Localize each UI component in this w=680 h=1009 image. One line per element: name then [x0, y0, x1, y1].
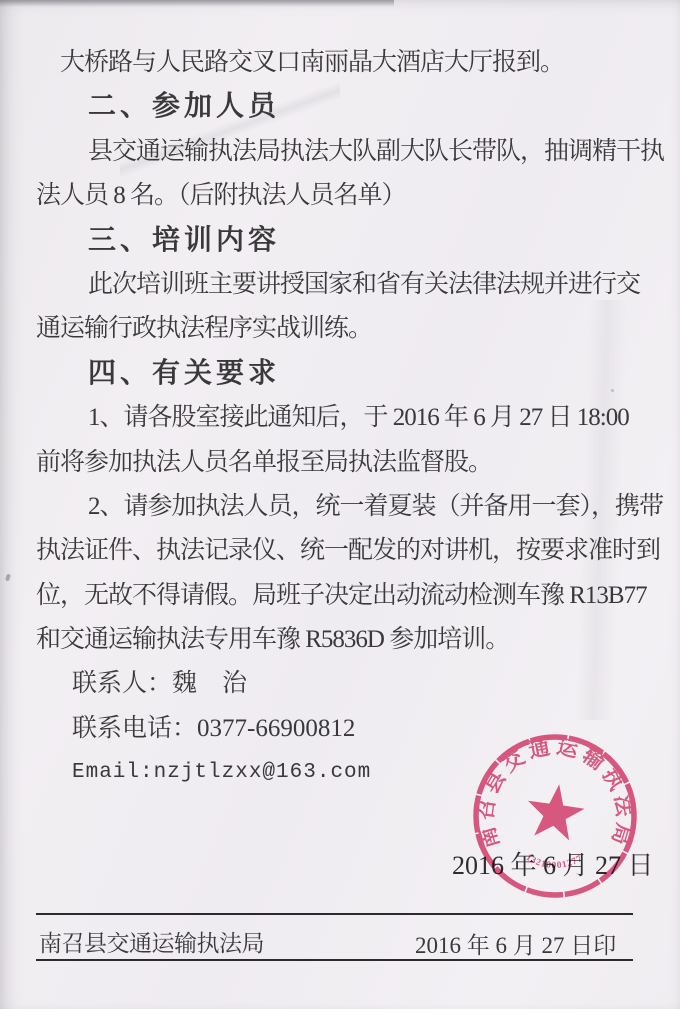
section-heading: 四、有关要求 — [36, 352, 642, 396]
body-line: 前将参加执法人员名单报至局执法监督股。 — [36, 441, 642, 485]
footer-issuer: 南召县交通运输执法局 — [39, 925, 264, 958]
scan-edge-shadow — [0, 0, 394, 7]
seal-star-icon — [528, 784, 585, 840]
contact-person-line: 联系人：魏 治 — [72, 662, 642, 706]
scanned-notice-page: 大桥路与人民路交叉口南丽晶大酒店大厅报到。 二、参加人员 县交通运输执法局执法大… — [0, 0, 680, 1009]
body-line: 此次培训班主要讲授国家和省有关法律法规并进行交 — [36, 263, 642, 307]
body-line: 和交通运输执法专用车豫 R5836D 参加培训。 — [36, 618, 642, 662]
body-line: 执法证件、执法记录仪、统一配发的对讲机，按要求准时到 — [36, 529, 642, 573]
body-line: 大桥路与人民路交叉口南丽晶大酒店大厅报到。 — [60, 41, 642, 85]
body-line: 法人员 8 名。（后附执法人员名单） — [36, 174, 642, 218]
body-line: 通运输行政执法程序实战训练。 — [36, 307, 642, 351]
body-line: 位，无故不得请假。局班子决定出动流动检测车豫 R13B77 — [36, 574, 642, 618]
footer-rule-top — [36, 913, 633, 915]
footer-print-date: 2016 年 6 月 27 日印 — [415, 927, 616, 960]
body-line: 2、请参加执法人员，统一着夏装（并备用一套），携带 — [36, 485, 642, 529]
section-heading: 三、培训内容 — [36, 219, 642, 263]
document-body: 大桥路与人民路交叉口南丽晶大酒店大厅报到。 二、参加人员 县交通运输执法局执法大… — [36, 41, 642, 796]
body-line: 1、请各股室接此通知后，于 2016 年 6 月 27 日 18:00 — [36, 396, 642, 440]
official-seal: 南召县交通运输执法局 13210001277 — [469, 730, 641, 902]
section-heading: 二、参加人员 — [36, 85, 642, 129]
seal-code: 13210001277 — [524, 853, 585, 871]
svg-text:13210001277: 13210001277 — [524, 853, 585, 871]
scan-speck — [5, 574, 11, 582]
body-line: 县交通运输执法局执法大队副大队长带队，抽调精干执 — [36, 130, 642, 174]
